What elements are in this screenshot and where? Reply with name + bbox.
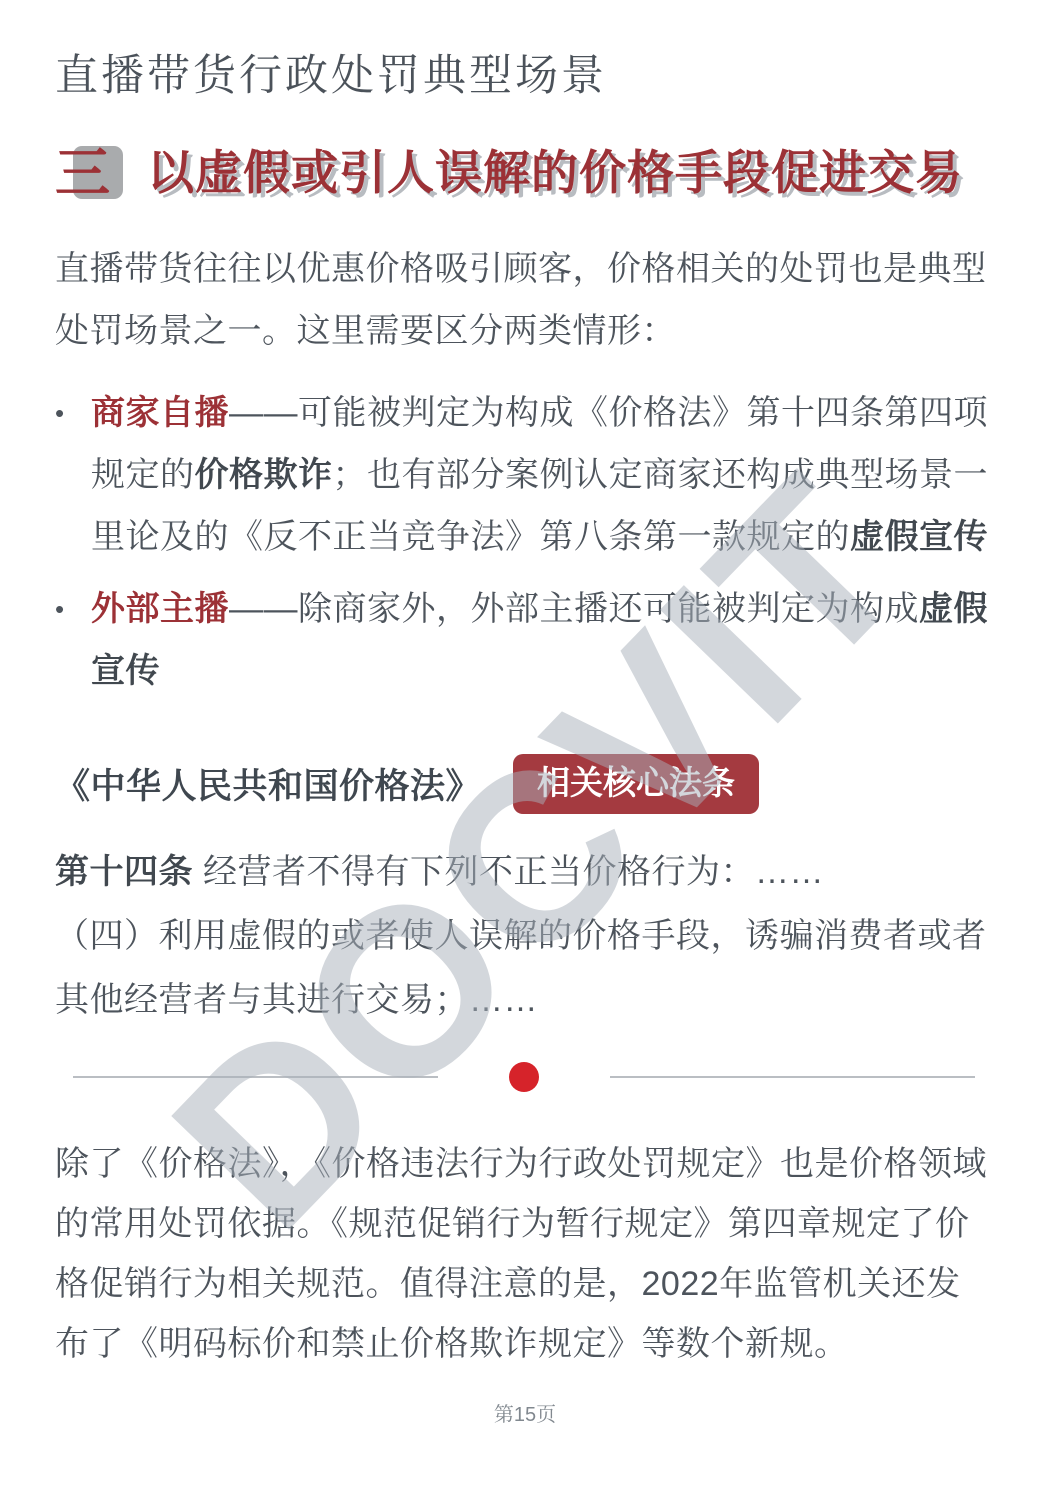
bullet-icon: • [55,578,91,702]
page-title: 直播带货行政处罚典型场景 [55,0,995,106]
article-line-1: 第十四条 经营者不得有下列不正当价格行为：…… [55,840,995,904]
bullet-list: • 商家自播——可能被判定为构成《价格法》第十四条第四项规定的价格欺诈；也有部分… [55,382,995,702]
text-segment: ——除商家外，外部主播还可能被判定为构成 [229,590,919,628]
section-number: 三 [55,142,110,204]
section-header: 三 以虚假或引人误解的价格手段促进交易 [55,142,995,204]
divider-dot-icon [509,1062,539,1092]
section-number-badge: 三 [55,142,147,204]
section-heading: 以虚假或引人误解的价格手段促进交易 [147,142,963,204]
text-segment: 外部主播 [91,590,229,628]
page-content: 直播带货行政处罚典型场景 三 以虚假或引人误解的价格手段促进交易 直播带货往往以… [0,0,1050,1374]
core-provision-badge: 相关核心法条 [513,754,759,814]
list-item: • 外部主播——除商家外，外部主播还可能被判定为构成虚假宣传 [55,578,995,702]
law-title-row: 《中华人民共和国价格法》 相关核心法条 [55,754,995,814]
section-divider [73,1060,975,1094]
divider-line-left [73,1076,438,1078]
bullet-text: 商家自播——可能被判定为构成《价格法》第十四条第四项规定的价格欺诈；也有部分案例… [91,382,995,568]
divider-line-right [610,1076,975,1078]
text-segment: 经营者不得有下列不正当价格行为：…… [193,853,824,891]
text-segment: 商家自播 [91,394,229,432]
bullet-icon: • [55,382,91,568]
text-segment: 虚假宣传 [850,518,988,556]
law-title: 《中华人民共和国价格法》 [55,759,481,809]
law-article: 第十四条 经营者不得有下列不正当价格行为：…… （四）利用虚假的或者使人误解的价… [55,840,995,1032]
document-page: 直播带货行政处罚典型场景 三 以虚假或引人误解的价格手段促进交易 直播带货往往以… [0,0,1050,1485]
text-segment: 价格欺诈 [195,456,333,494]
page-number: 第15页 [0,1398,1050,1427]
intro-paragraph: 直播带货往往以优惠价格吸引顾客，价格相关的处罚也是典型处罚场景之一。这里需要区分… [55,238,990,362]
list-item: • 商家自播——可能被判定为构成《价格法》第十四条第四项规定的价格欺诈；也有部分… [55,382,995,568]
text-segment: 第十四条 [55,853,193,891]
article-line-2: （四）利用虚假的或者使人误解的价格手段，诱骗消费者或者其他经营者与其进行交易；…… [55,904,995,1032]
bullet-text: 外部主播——除商家外，外部主播还可能被判定为构成虚假宣传 [91,578,995,702]
closing-paragraph: 除了《价格法》，《价格违法行为行政处罚规定》也是价格领域的常用处罚依据。《规范促… [55,1134,995,1374]
